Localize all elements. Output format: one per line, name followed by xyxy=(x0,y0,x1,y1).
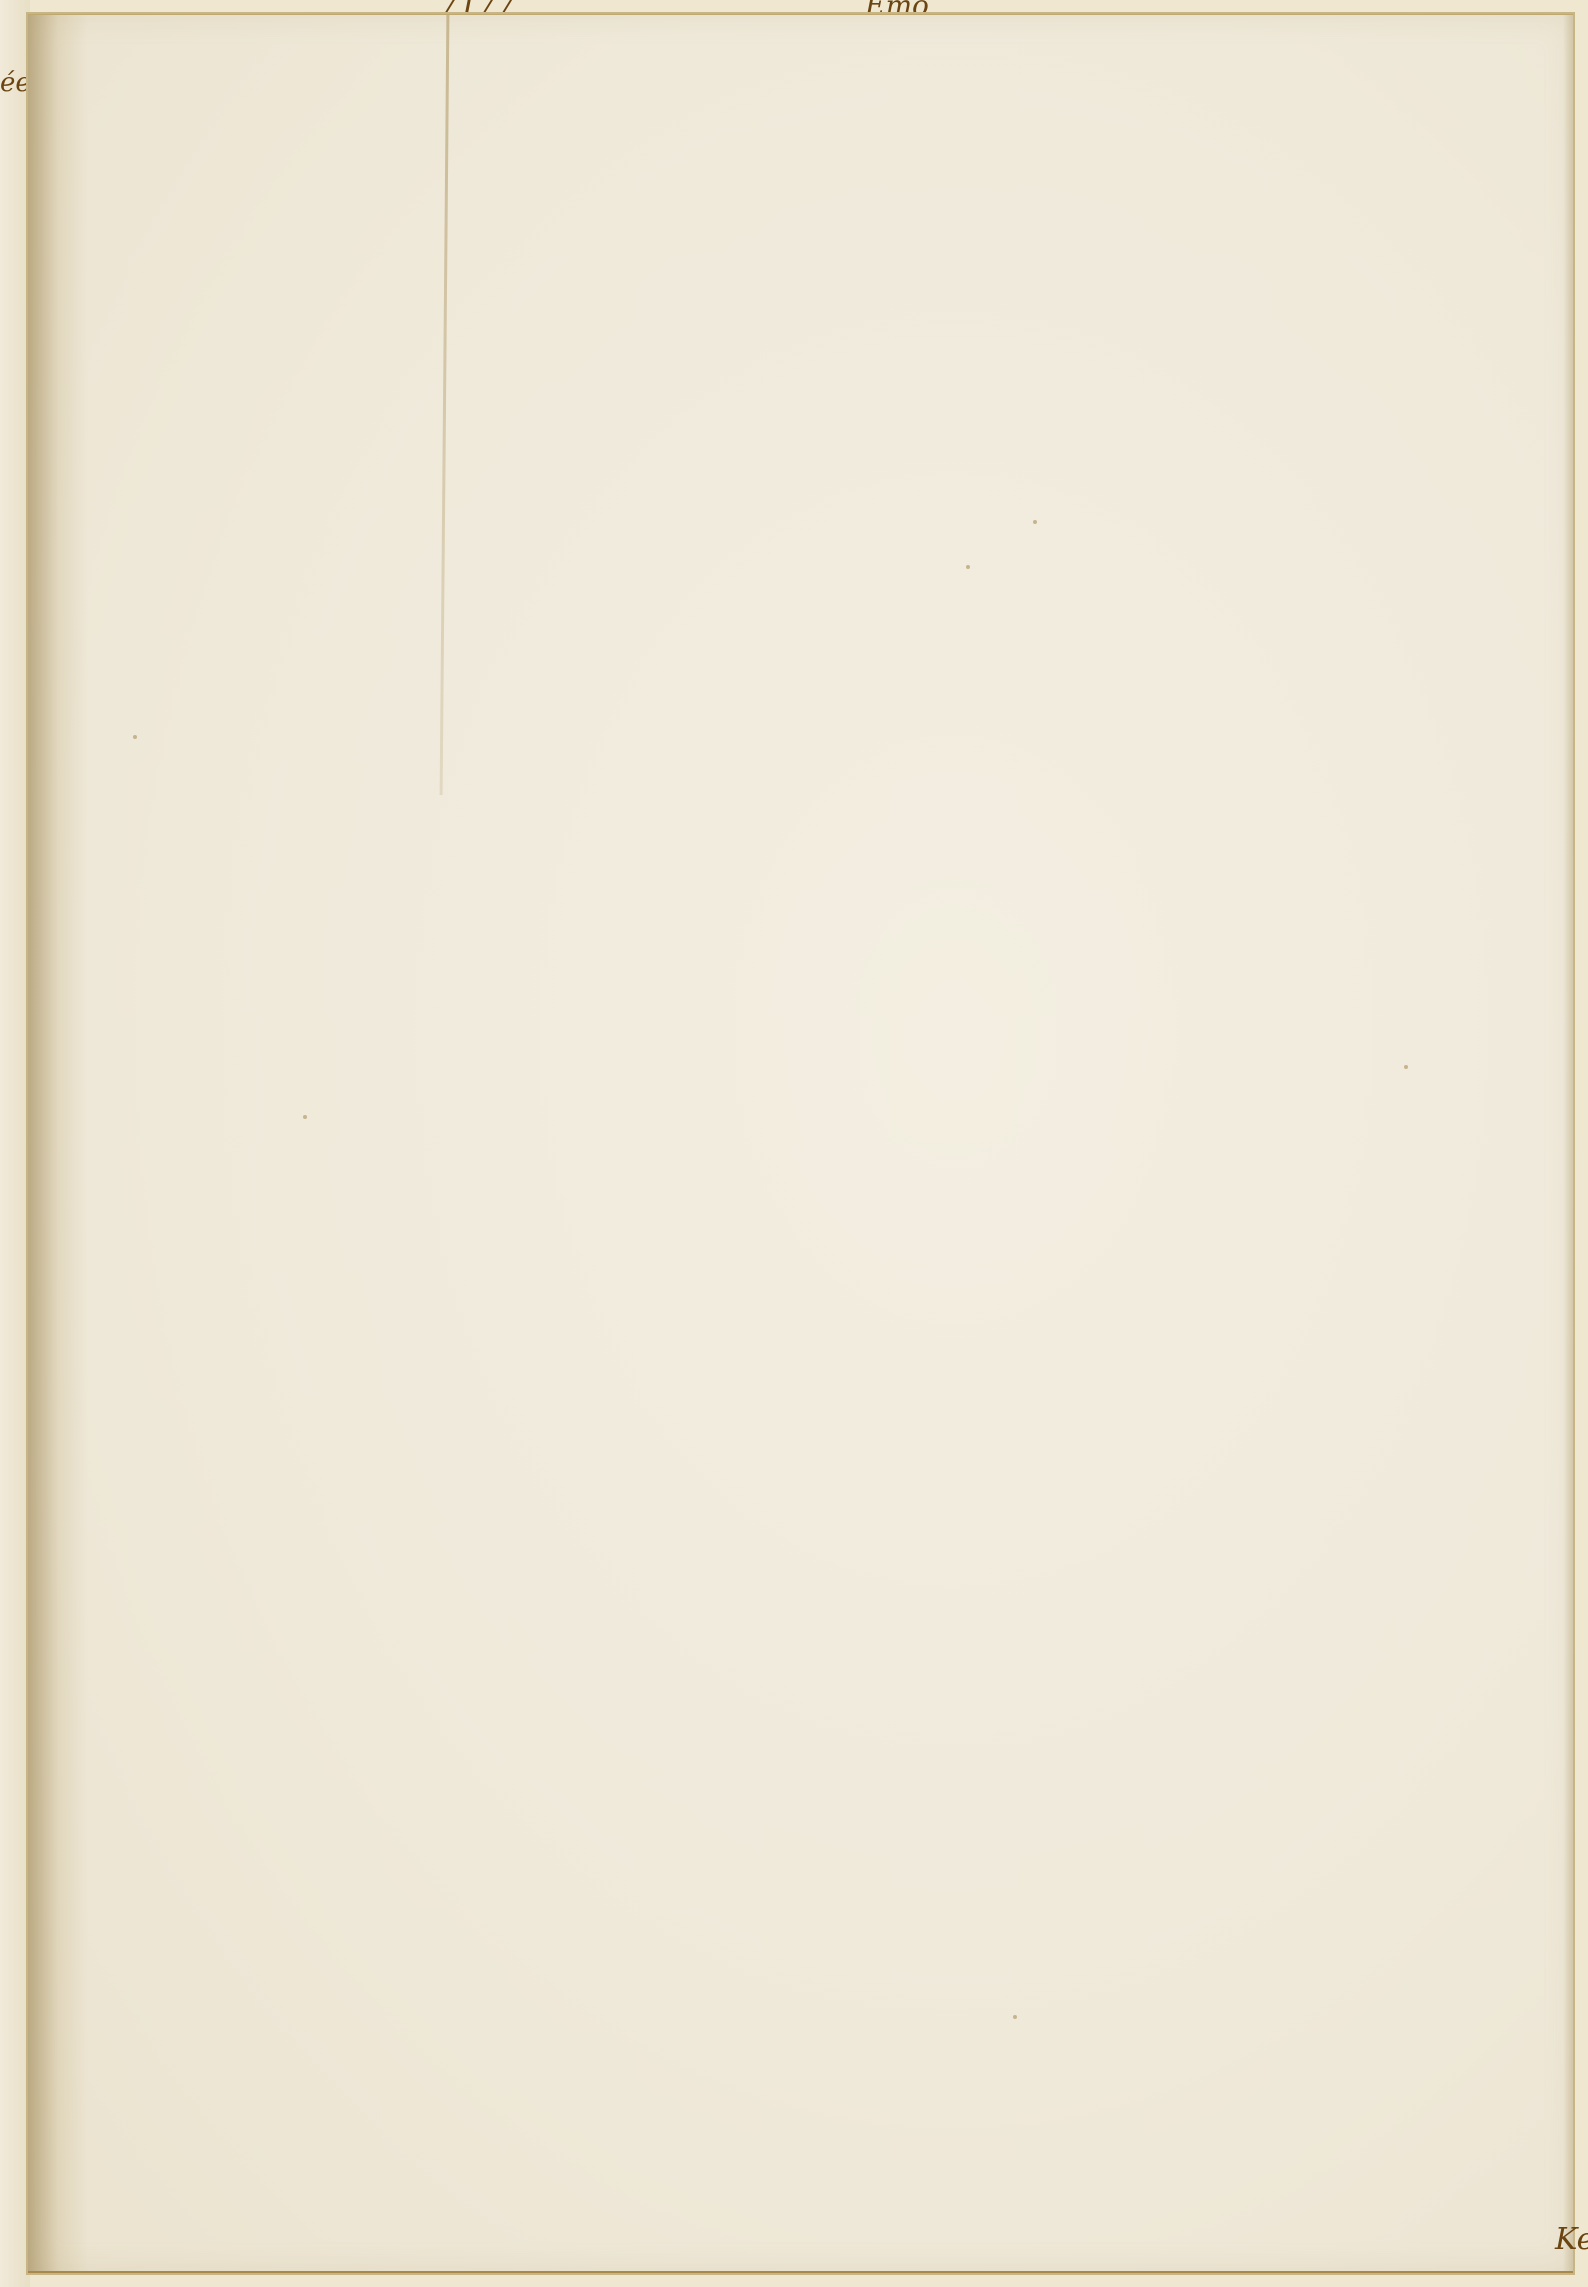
paper-speck xyxy=(133,735,137,739)
paper-speck xyxy=(1404,1065,1408,1069)
bottom-right-ink-fragment: Ke xyxy=(1555,2225,1588,2255)
paper-speck xyxy=(1033,520,1037,524)
manuscript-page xyxy=(28,14,1573,2273)
left-margin-ink-fragment: ée xyxy=(0,70,31,96)
gutter-shadow xyxy=(28,15,88,2271)
paper-fold-line xyxy=(440,15,450,795)
paper-speck xyxy=(303,1115,307,1119)
right-margin-ink-fragments: r r n c r r r e e / i f x n r r / / r r … xyxy=(1578,0,1588,2287)
paper-speck xyxy=(1013,2015,1017,2019)
page-right-edge xyxy=(1563,15,1573,2271)
paper-speck xyxy=(966,565,970,569)
left-binding-strip xyxy=(0,0,30,2287)
